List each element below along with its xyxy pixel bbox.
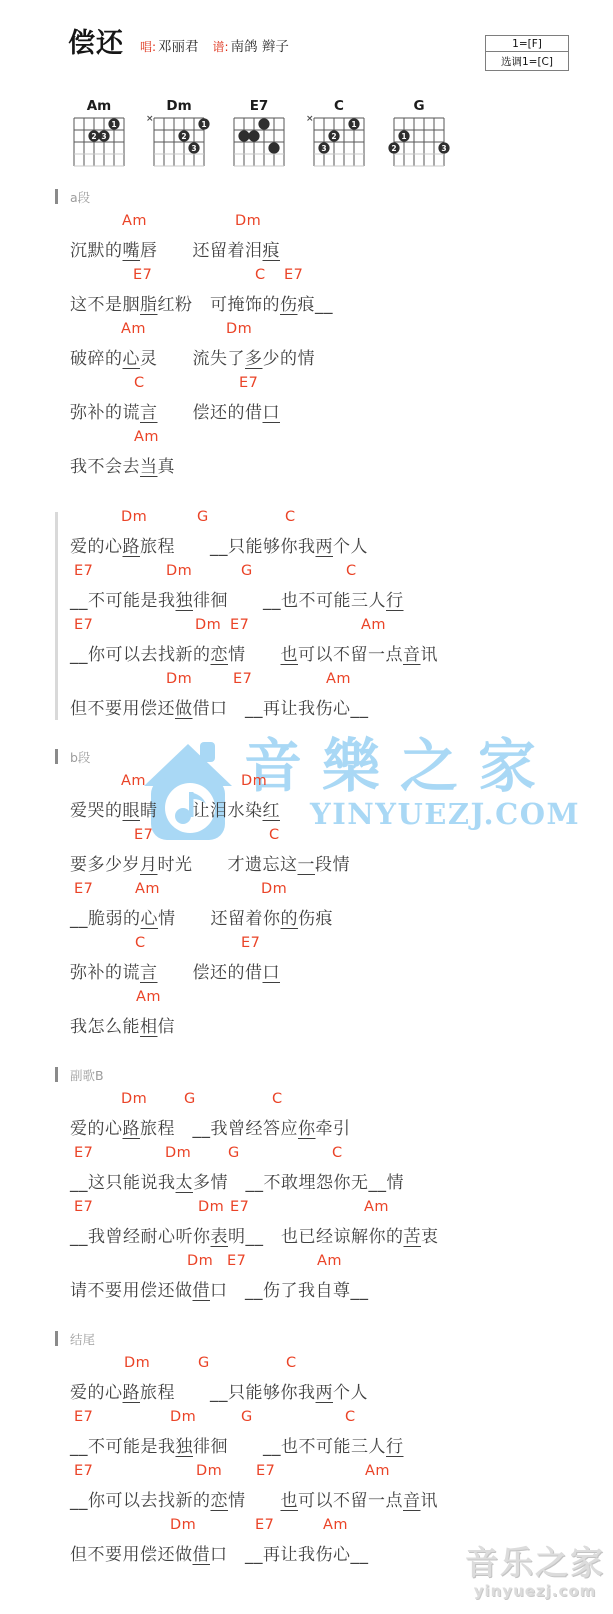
chord-C: C [255, 267, 266, 283]
lyric-line: 弥补的谎言 偿还的借口 [70, 958, 600, 986]
chord-G: G [241, 1409, 253, 1425]
chord-row: DmE7Am [70, 1514, 600, 1540]
chord-row: Am [70, 986, 600, 1012]
song-section: 副歌BDmGC爱的心路旅程 __我曾经答应你牵引E7DmGC__这只能说我太多情… [70, 1066, 600, 1304]
chord-row: E7DmGC [70, 1406, 600, 1432]
chord-diagram-G: G123 [386, 96, 452, 172]
lyric-line: 我不会去当真 [70, 452, 600, 480]
song-section: 结尾DmGC爱的心路旅程 __只能够你我两个人E7DmGC__不可能是我独徘徊 … [70, 1330, 600, 1568]
chord-E7: E7 [74, 1409, 93, 1425]
song-title: 偿还 [68, 30, 124, 57]
chord-E7: E7 [239, 375, 258, 391]
chord-E7: E7 [74, 1463, 93, 1479]
muted-string-marker: × [306, 114, 314, 124]
chord-G: G [184, 1091, 196, 1107]
svg-text:2: 2 [391, 144, 396, 153]
chord-Dm: Dm [166, 671, 192, 687]
chord-C: C [134, 375, 145, 391]
section-label: b段 [70, 748, 600, 768]
header: 偿还 唱: 邓丽君 谱: 南鸽 辫子 [68, 30, 303, 57]
chord-C: C [285, 509, 296, 525]
chord-G: G [241, 563, 253, 579]
chord-C: C [286, 1355, 297, 1371]
chord-Am: Am [323, 1517, 348, 1533]
chord-Dm: Dm [226, 321, 252, 337]
lyric-line: 请不要用偿还做借口 __伤了我自尊__ [70, 1276, 600, 1304]
chord-Dm: Dm [235, 213, 261, 229]
chord-E7: E7 [230, 617, 249, 633]
chord-diagram-name: C [334, 98, 344, 114]
lyric-line: __你可以去找新的恋情 也可以不留一点音讯 [70, 1486, 600, 1514]
chord-E7: E7 [230, 1199, 249, 1215]
chord-Am: Am [361, 617, 386, 633]
chord-E7: E7 [284, 267, 303, 283]
chord-E7: E7 [133, 267, 152, 283]
singer-name: 邓丽君 [158, 35, 199, 55]
chord-E7: E7 [241, 935, 260, 951]
chord-row: DmE7Am [70, 668, 600, 694]
lyric-line: 爱哭的眼睛 让泪水染红 [70, 796, 600, 824]
credits: 唱: 邓丽君 谱: 南鸽 辫子 [140, 35, 303, 55]
chord-diagram-name: G [413, 98, 424, 114]
chord-row: E7AmDm [70, 878, 600, 904]
chord-row: E7DmE7Am [70, 1196, 600, 1222]
song-body: a段AmDm沉默的嘴唇 还留着泪痕E7CE7这不是胭脂红粉 可掩饰的伤痕__Am… [70, 188, 600, 1594]
arranger-name: 南鸽 辫子 [231, 35, 289, 55]
chord-E7: E7 [74, 1199, 93, 1215]
chord-E7: E7 [74, 881, 93, 897]
chord-C: C [272, 1091, 283, 1107]
chord-row: E7CE7 [70, 264, 600, 290]
svg-text:3: 3 [101, 132, 106, 141]
chord-diagram-C: C×123 [306, 96, 372, 172]
svg-text:3: 3 [191, 144, 196, 153]
finger-dot [258, 118, 269, 129]
lyric-line: 爱的心路旅程 __我曾经答应你牵引 [70, 1114, 600, 1142]
svg-text:1: 1 [351, 120, 356, 129]
lyric-line: __不可能是我独徘徊 __也不可能三人行 [70, 586, 600, 614]
chord-Dm: Dm [166, 563, 192, 579]
chord-row: AmDm [70, 770, 600, 796]
finger-dot [268, 142, 279, 153]
chord-diagram-name: E7 [250, 98, 269, 114]
chord-row: E7DmE7Am [70, 614, 600, 640]
chord-row: DmGC [70, 1088, 600, 1114]
chord-C: C [346, 563, 357, 579]
lyric-line: 弥补的谎言 偿还的借口 [70, 398, 600, 426]
chord-C: C [269, 827, 280, 843]
chord-Am: Am [135, 881, 160, 897]
arranger-label: 谱: [213, 38, 229, 55]
singer-label: 唱: [140, 38, 156, 55]
finger-dot [248, 130, 259, 141]
lyric-line: __这只能说我太多情 __不敢埋怨你无__情 [70, 1168, 600, 1196]
chord-E7: E7 [134, 827, 153, 843]
svg-text:1: 1 [401, 132, 406, 141]
svg-text:1: 1 [201, 120, 206, 129]
chord-E7: E7 [74, 617, 93, 633]
chord-row: CE7 [70, 932, 600, 958]
chord-E7: E7 [74, 563, 93, 579]
chord-row: E7DmE7Am [70, 1460, 600, 1486]
lyric-line: __不可能是我独徘徊 __也不可能三人行 [70, 1432, 600, 1460]
muted-string-marker: × [146, 114, 154, 124]
chord-diagram-E7: E7 [226, 96, 292, 172]
lyric-line: 我怎么能相信 [70, 1012, 600, 1040]
chord-Dm: Dm [187, 1253, 213, 1269]
chord-row: DmGC [70, 506, 600, 532]
chord-row: E7DmGC [70, 560, 600, 586]
svg-text:3: 3 [321, 144, 326, 153]
lyric-line: 沉默的嘴唇 还留着泪痕 [70, 236, 600, 264]
chord-E7: E7 [74, 1145, 93, 1161]
chord-diagram-name: Am [87, 98, 112, 114]
chord-G: G [198, 1355, 210, 1371]
section-label: 结尾 [70, 1330, 600, 1350]
chord-C: C [135, 935, 146, 951]
chord-Dm: Dm [195, 617, 221, 633]
chord-Dm: Dm [261, 881, 287, 897]
chord-Am: Am [326, 671, 351, 687]
svg-text:1: 1 [111, 120, 116, 129]
chord-row: DmGC [70, 1352, 600, 1378]
chord-Am: Am [364, 1199, 389, 1215]
chord-row: E7DmGC [70, 1142, 600, 1168]
chord-C: C [332, 1145, 343, 1161]
song-section: a段AmDm沉默的嘴唇 还留着泪痕E7CE7这不是胭脂红粉 可掩饰的伤痕__Am… [70, 188, 600, 480]
chord-G: G [228, 1145, 240, 1161]
chord-Dm: Dm [124, 1355, 150, 1371]
chord-Dm: Dm [121, 1091, 147, 1107]
svg-text:2: 2 [331, 132, 336, 141]
chord-E7: E7 [227, 1253, 246, 1269]
lyric-line: 爱的心路旅程 __只能够你我两个人 [70, 532, 600, 560]
chord-Am: Am [317, 1253, 342, 1269]
lyric-line: 但不要用偿还做借口 __再让我伤心__ [70, 694, 600, 722]
lyric-line: __我曾经耐心听你表明__ 也已经谅解你的苦衷 [70, 1222, 600, 1250]
chord-Dm: Dm [241, 773, 267, 789]
chord-Am: Am [136, 989, 161, 1005]
original-key: 1=[F] [486, 36, 568, 52]
lyric-line: 破碎的心灵 流失了多少的情 [70, 344, 600, 372]
chord-Dm: Dm [196, 1463, 222, 1479]
chord-Am: Am [121, 773, 146, 789]
chord-Am: Am [365, 1463, 390, 1479]
finger-dot [238, 130, 249, 141]
chord-diagram-Dm: Dm×123 [146, 96, 212, 172]
chord-Dm: Dm [121, 509, 147, 525]
lyric-line: __脆弱的心情 还留着你的伤痕 [70, 904, 600, 932]
chord-Am: Am [134, 429, 159, 445]
chord-diagrams: Am123Dm×123E7C×123G123 [66, 96, 452, 172]
chord-row: AmDm [70, 210, 600, 236]
chord-row: DmE7Am [70, 1250, 600, 1276]
chord-E7: E7 [233, 671, 252, 687]
chord-E7: E7 [256, 1463, 275, 1479]
lyric-line: 爱的心路旅程 __只能够你我两个人 [70, 1378, 600, 1406]
chord-Dm: Dm [165, 1145, 191, 1161]
chord-Am: Am [122, 213, 147, 229]
section-label: a段 [70, 188, 600, 208]
key-info-box: 1=[F] 选调1=[C] [485, 35, 569, 71]
song-section: DmGC爱的心路旅程 __只能够你我两个人E7DmGC__不可能是我独徘徊 __… [70, 506, 600, 722]
chord-G: G [197, 509, 209, 525]
lyric-line: 这不是胭脂红粉 可掩饰的伤痕__ [70, 290, 600, 318]
chord-Dm: Dm [170, 1409, 196, 1425]
chord-E7: E7 [255, 1517, 274, 1533]
chord-row: Am [70, 426, 600, 452]
chord-diagram-Am: Am123 [66, 96, 132, 172]
svg-text:2: 2 [91, 132, 96, 141]
section-label: 副歌B [70, 1066, 600, 1086]
chord-Am: Am [121, 321, 146, 337]
chord-Dm: Dm [198, 1199, 224, 1215]
lyric-line: 要多少岁月时光 才遗忘这一段情 [70, 850, 600, 878]
play-key: 选调1=[C] [486, 52, 568, 70]
chord-sheet-page: 偿还 唱: 邓丽君 谱: 南鸽 辫子 1=[F] 选调1=[C] Am123Dm… [0, 0, 613, 1614]
lyric-line: __你可以去找新的恋情 也可以不留一点音讯 [70, 640, 600, 668]
svg-text:2: 2 [181, 132, 186, 141]
chord-row: CE7 [70, 372, 600, 398]
chord-C: C [345, 1409, 356, 1425]
song-section: b段AmDm爱哭的眼睛 让泪水染红E7C要多少岁月时光 才遗忘这一段情E7AmD… [70, 748, 600, 1040]
chord-row: AmDm [70, 318, 600, 344]
lyric-line: 但不要用偿还做借口 __再让我伤心__ [70, 1540, 600, 1568]
chord-Dm: Dm [170, 1517, 196, 1533]
chord-diagram-name: Dm [166, 98, 191, 114]
svg-text:3: 3 [441, 144, 446, 153]
chord-row: E7C [70, 824, 600, 850]
